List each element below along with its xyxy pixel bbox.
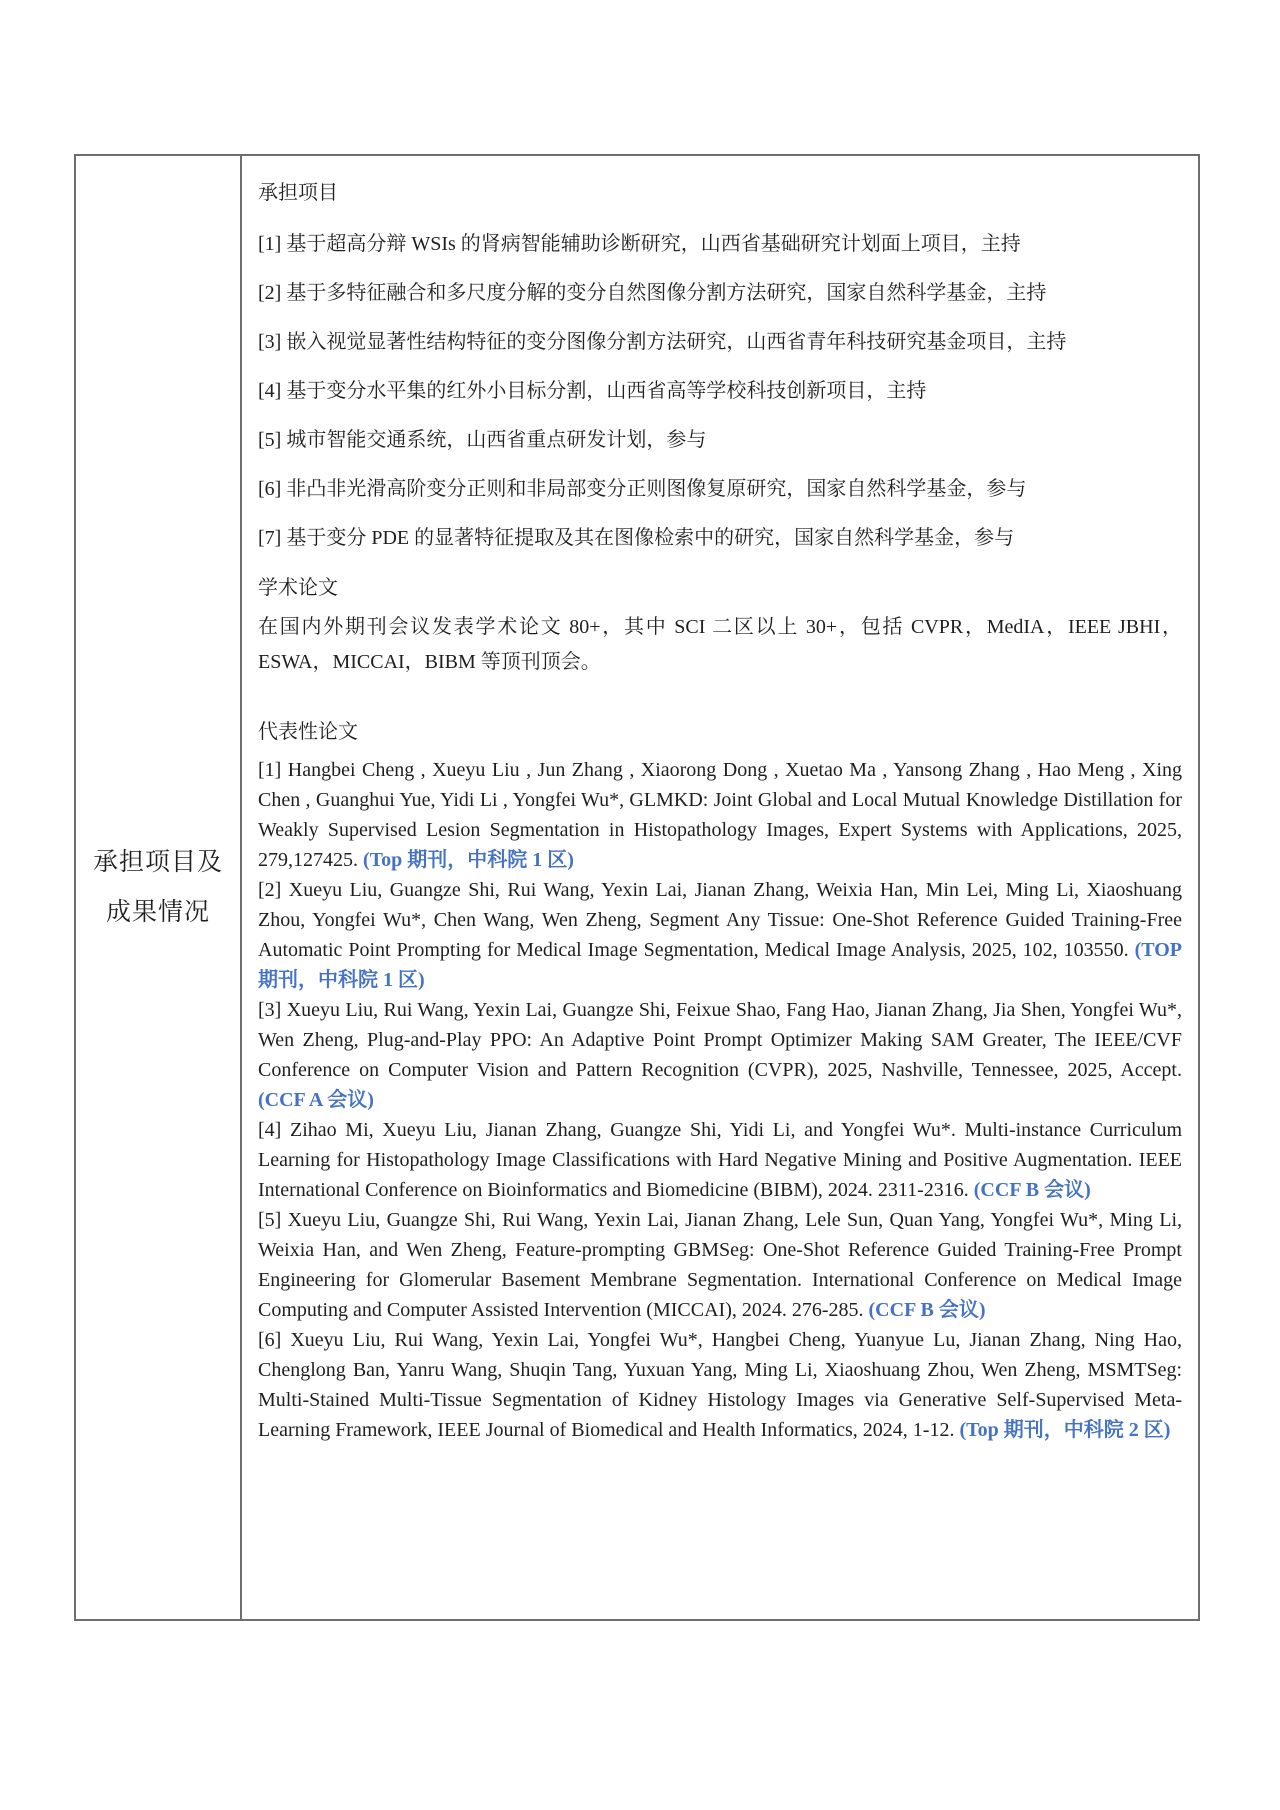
project-item: [3] 嵌入视觉显著性结构特征的变分图像分割方法研究，山西省青年科技研究基金项目… xyxy=(258,331,1182,353)
paper-item: [3] Xueyu Liu, Rui Wang, Yexin Lai, Guan… xyxy=(258,995,1182,1115)
publications-summary-heading: 学术论文 xyxy=(258,577,1182,599)
paper-badge: (Top 期刊，中科院 2 区) xyxy=(959,1419,1170,1441)
project-item: [7] 基于变分 PDE 的显著特征提取及其在图像检索中的研究，国家自然科学基金… xyxy=(258,527,1182,549)
content-cell: 承担项目 [1] 基于超高分辩 WSIs 的肾病智能辅助诊断研究，山西省基础研究… xyxy=(242,156,1198,1619)
project-item: [6] 非凸非光滑高阶变分正则和非局部变分正则图像复原研究，国家自然科学基金，参… xyxy=(258,478,1182,500)
paper-item: [1] Hangbei Cheng , Xueyu Liu , Jun Zhan… xyxy=(258,755,1182,875)
paper-badge: (CCF B 会议) xyxy=(869,1299,986,1321)
row-header-line-2: 成果情况 xyxy=(106,888,210,938)
paper-badge: (Top 期刊，中科院 1 区) xyxy=(363,849,574,871)
project-item: [4] 基于变分水平集的红外小目标分割，山西省高等学校科技创新项目，主持 xyxy=(258,380,1182,402)
representative-papers-section: 代表性论文 [1] Hangbei Cheng , Xueyu Liu , Ju… xyxy=(258,721,1182,1445)
paper-badge: (CCF B 会议) xyxy=(974,1179,1091,1201)
project-item: [1] 基于超高分辩 WSIs 的肾病智能辅助诊断研究，山西省基础研究计划面上项… xyxy=(258,233,1182,255)
paper-item: [5] Xueyu Liu, Guangze Shi, Rui Wang, Ye… xyxy=(258,1205,1182,1325)
publications-summary-section: 学术论文 在国内外期刊会议发表学术论文 80+，其中 SCI 二区以上 30+，… xyxy=(258,577,1182,680)
paper-text: [5] Xueyu Liu, Guangze Shi, Rui Wang, Ye… xyxy=(258,1209,1182,1321)
paper-text: [3] Xueyu Liu, Rui Wang, Yexin Lai, Guan… xyxy=(258,999,1182,1081)
papers-heading: 代表性论文 xyxy=(258,721,1182,743)
paper-item: [6] Xueyu Liu, Rui Wang, Yexin Lai, Yong… xyxy=(258,1325,1182,1445)
projects-heading: 承担项目 xyxy=(258,182,1182,204)
publications-summary-text: 在国内外期刊会议发表学术论文 80+，其中 SCI 二区以上 30+，包括 CV… xyxy=(258,610,1182,680)
project-item: [2] 基于多特征融合和多尺度分解的变分自然图像分割方法研究，国家自然科学基金，… xyxy=(258,282,1182,304)
paper-text: [2] Xueyu Liu, Guangze Shi, Rui Wang, Ye… xyxy=(258,879,1182,961)
projects-section: 承担项目 [1] 基于超高分辩 WSIs 的肾病智能辅助诊断研究，山西省基础研究… xyxy=(258,182,1182,549)
paper-item: [4] Zihao Mi, Xueyu Liu, Jianan Zhang, G… xyxy=(258,1115,1182,1205)
cv-table: 承担项目及 成果情况 承担项目 [1] 基于超高分辩 WSIs 的肾病智能辅助诊… xyxy=(74,154,1200,1621)
paper-item: [2] Xueyu Liu, Guangze Shi, Rui Wang, Ye… xyxy=(258,875,1182,995)
document-page: 承担项目及 成果情况 承担项目 [1] 基于超高分辩 WSIs 的肾病智能辅助诊… xyxy=(0,0,1280,1810)
project-item: [5] 城市智能交通系统，山西省重点研发计划，参与 xyxy=(258,429,1182,451)
row-header-line-1: 承担项目及 xyxy=(93,838,223,888)
row-header-cell: 承担项目及 成果情况 xyxy=(76,156,242,1619)
paper-badge: (CCF A 会议) xyxy=(258,1089,374,1111)
